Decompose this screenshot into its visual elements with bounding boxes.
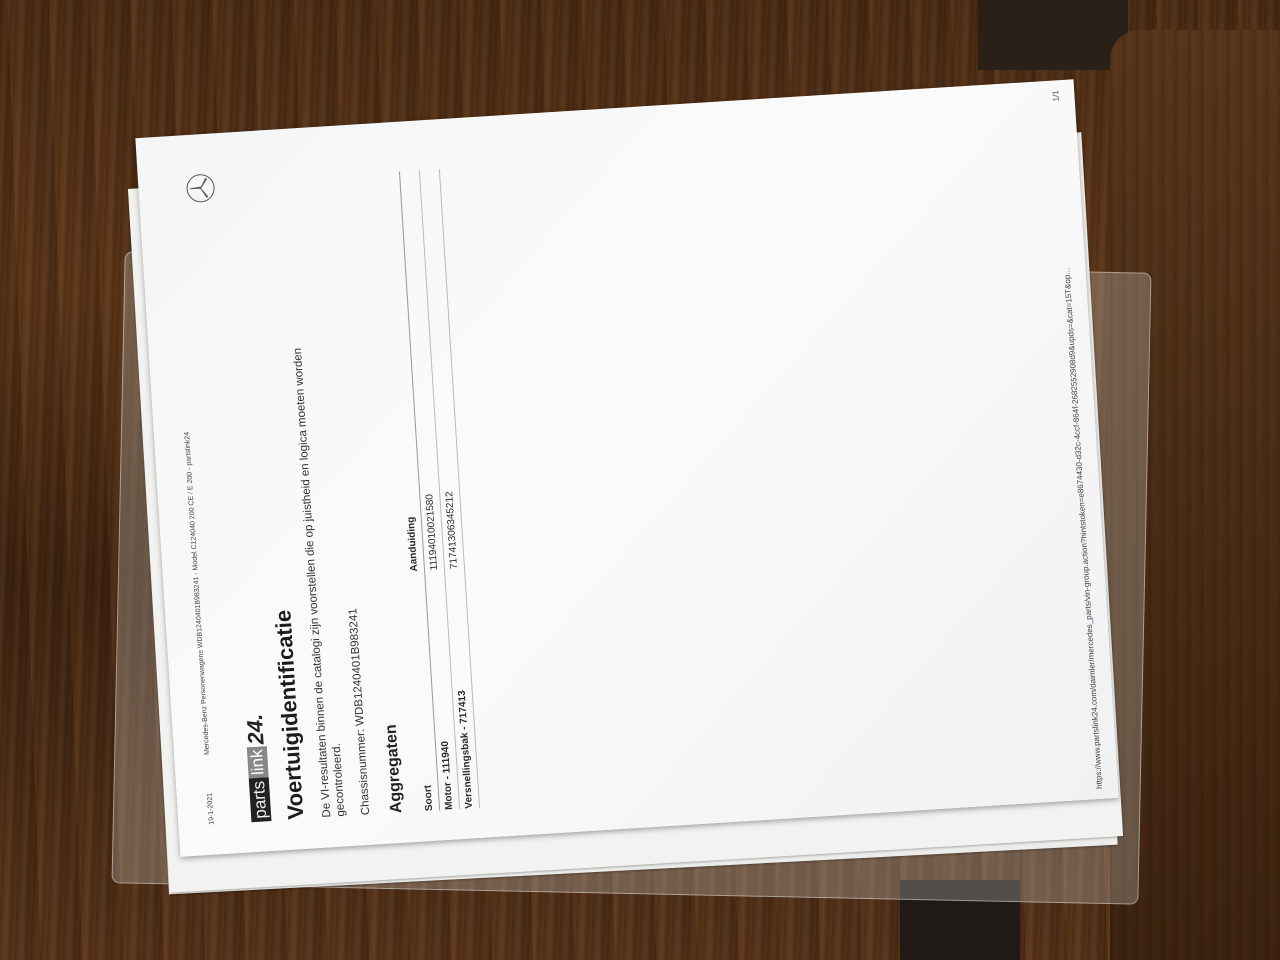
page-header: 19-1-2021 Mercedes-Benz Personenwagens W… (167, 166, 215, 825)
aggregates-table: Soort Aanduiding Motor - 111940 11194010… (380, 169, 480, 812)
aggregates-heading: Aggregaten (383, 724, 407, 814)
print-date: 19-1-2021 (204, 755, 215, 825)
document-title: Voertuigidentificatie (270, 609, 309, 820)
partslink24-logo: partslink24. (242, 713, 275, 822)
chassis-number: Chassisnummer: WDB1240401B983241 (347, 608, 372, 815)
page-number: 1/1 (1051, 90, 1061, 102)
bench-gap (978, 0, 1128, 70)
footer-url: https://www.partslink24.com/daimler/merc… (1052, 111, 1104, 789)
page-footer: https://www.partslink24.com/daimler/merc… (1051, 90, 1104, 789)
header-title: Mercedes-Benz Personenwagens WDB1240401B… (167, 166, 211, 755)
mercedes-star-icon (186, 173, 216, 203)
document-page: 19-1-2021 Mercedes-Benz Personenwagens W… (135, 79, 1118, 857)
document-sheet: 19-1-2021 Mercedes-Benz Personenwagens W… (135, 79, 1118, 857)
